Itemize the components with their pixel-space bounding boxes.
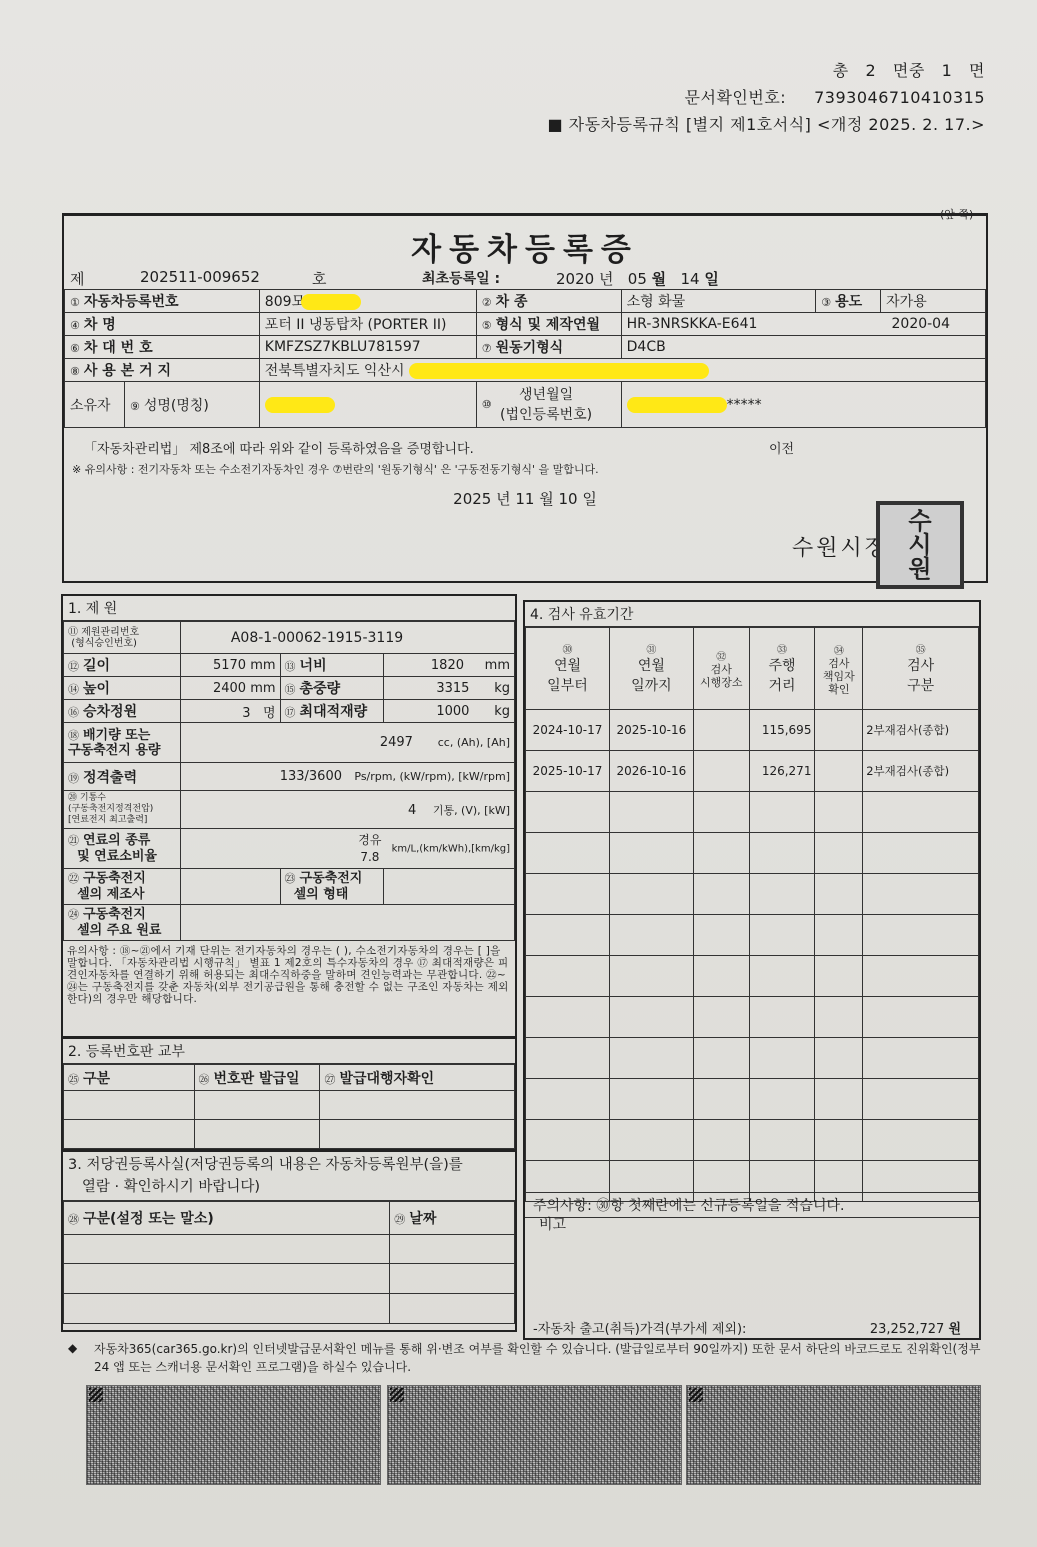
label-text: 날짜 bbox=[409, 1211, 436, 1227]
circle-num: ㉑ bbox=[68, 834, 79, 847]
inspection-cell bbox=[526, 956, 610, 997]
unit: 명 bbox=[263, 706, 276, 721]
fuel-label: ㉑연료의 종류 및 연료소비율 bbox=[64, 829, 181, 869]
cell bbox=[64, 1091, 195, 1120]
doc-confirm-number: 7393046710410315 bbox=[814, 88, 985, 107]
header-line-1: 검사 bbox=[817, 657, 860, 670]
cell bbox=[320, 1091, 515, 1120]
capacity-value: 3 명 bbox=[180, 700, 280, 723]
page-count: 총 2 면중 1 면 bbox=[833, 58, 985, 81]
inspection-row bbox=[526, 915, 979, 956]
inspection-cell bbox=[863, 874, 979, 915]
gross-weight-value: 3315 kg bbox=[384, 677, 515, 700]
inspection-title: 4. 검사 유효기간 bbox=[525, 602, 979, 627]
specs-title: 1. 제 원 bbox=[63, 596, 515, 621]
spec-row-length-width: ⑫길이 5170 mm ⑬너비 1820 mm bbox=[64, 654, 515, 677]
inspection-cell bbox=[693, 1038, 749, 1079]
inspection-row bbox=[526, 1079, 979, 1120]
inspection-cell bbox=[526, 1120, 610, 1161]
inspection-row bbox=[526, 956, 979, 997]
inspection-cell bbox=[749, 956, 815, 997]
circle-num: ㉗ bbox=[324, 1073, 335, 1086]
vehicle-info-table: ①자동차등록번호 809모 ②차 종 소형 화물 ③용도 자가용 ④차 명 포터… bbox=[64, 289, 986, 428]
label-text: 차 종 bbox=[496, 294, 528, 310]
price-value-line: 23,252,727 원 bbox=[870, 1318, 961, 1337]
power-label: ⑲정격출력 bbox=[64, 763, 181, 791]
day-unit: 일 bbox=[704, 270, 719, 288]
inspection-cell bbox=[815, 833, 863, 874]
label-text: 구분 bbox=[83, 1071, 110, 1087]
spec-row-power: ⑲정격출력 133/3600 Ps/rpm, (kW/rpm), [kW/rpm… bbox=[64, 763, 515, 791]
circle-num: ① bbox=[70, 296, 80, 309]
inspection-cell bbox=[609, 833, 693, 874]
masked-digits: ***** bbox=[727, 397, 762, 413]
plates-col-issue-date: ㉖번호판 발급일 bbox=[194, 1065, 320, 1091]
value-text: 2400 bbox=[213, 681, 246, 696]
model-value: HR-3NRSKKA-E6412020-04 bbox=[621, 313, 985, 336]
first-reg-date: 2020 년 05 월 14 일 bbox=[556, 268, 719, 289]
birth-label: ⑩ 생년월일 (법인등록번호) bbox=[476, 382, 621, 428]
use-value: 자가용 bbox=[881, 290, 986, 313]
inspection-cell bbox=[863, 956, 979, 997]
header-line-2: 구분 bbox=[865, 676, 976, 696]
cell bbox=[64, 1235, 390, 1264]
inspection-cell bbox=[815, 915, 863, 956]
mortgage-table: ㉘구분(설정 또는 말소) ㉙날짜 bbox=[63, 1201, 515, 1324]
barcode-3 bbox=[686, 1385, 981, 1485]
gross-weight-label: ⑮총중량 bbox=[280, 677, 384, 700]
barcode-2 bbox=[387, 1385, 682, 1485]
inspection-header-row: ㉚연월일부터㉛연월일까지㉜검사시행장소㉝주행거리㉞검사책임자확인㉟검사구분 bbox=[526, 628, 979, 710]
unit: mm bbox=[485, 658, 510, 673]
label-line-2: 셀의 제조사 bbox=[77, 887, 144, 902]
cell bbox=[390, 1235, 515, 1264]
battery-form-value bbox=[384, 869, 515, 905]
vehicle-type-value: 소형 화물 bbox=[621, 290, 816, 313]
spec-row-cylinders: ⑳ 기통수(구동축전지정격전압)[연료전지 최고출력] 4 기통, (V), [… bbox=[64, 791, 515, 829]
mortgage-col-date: ㉙날짜 bbox=[390, 1202, 515, 1235]
spec-row-displacement: ⑱배기량 또는구동축전지 용량 2497 cc, (Ah), [Ah] bbox=[64, 723, 515, 763]
label-line-2: 셀의 형태 bbox=[294, 887, 349, 902]
inspection-cell bbox=[693, 915, 749, 956]
value-text: 3 bbox=[242, 706, 250, 721]
inspection-cell bbox=[815, 1038, 863, 1079]
model-code: HR-3NRSKKA-E641 bbox=[627, 316, 758, 332]
label-line-1: 배기량 또는 bbox=[83, 728, 150, 743]
inspection-cell bbox=[526, 915, 610, 956]
engine-label: ⑦원동기형식 bbox=[476, 336, 621, 359]
title-line-2: 열람 · 확인하시기 바랍니다) bbox=[82, 1179, 260, 1195]
inspection-cell bbox=[693, 997, 749, 1038]
cell bbox=[194, 1120, 320, 1149]
unit: Ps/rpm, (kW/rpm), [kW/rpm] bbox=[354, 770, 510, 783]
label-line-1: 연료의 종류 bbox=[83, 833, 150, 848]
length-label: ⑫길이 bbox=[64, 654, 181, 677]
circle-num: ⑧ bbox=[70, 365, 80, 378]
circle-num: ⑲ bbox=[68, 772, 79, 785]
inspection-cell bbox=[749, 997, 815, 1038]
mortgage-header-row: ㉘구분(설정 또는 말소) ㉙날짜 bbox=[64, 1202, 515, 1235]
value-text: 5170 bbox=[213, 658, 246, 673]
circle-num: ㉖ bbox=[199, 1073, 210, 1086]
label-text: 구분(설정 또는 말소) bbox=[83, 1211, 214, 1227]
label-line-3: [연료전지 최고출력] bbox=[68, 815, 147, 825]
redaction-mark bbox=[409, 363, 709, 379]
remarks-label: 비고 bbox=[539, 1214, 566, 1234]
value-text: 2497 bbox=[380, 735, 413, 750]
label-text: 번호판 발급일 bbox=[214, 1071, 300, 1087]
inspection-cell bbox=[609, 1120, 693, 1161]
ev-notice: ※ 유의사항 : 전기자동차 또는 수소전기자동차인 경우 ⑦번란의 '원동기형… bbox=[72, 461, 599, 477]
inspection-cell bbox=[749, 874, 815, 915]
label-text: 성명(명칭) bbox=[144, 398, 209, 414]
circle-num: ⑬ bbox=[285, 660, 296, 673]
inspection-cell bbox=[815, 792, 863, 833]
length-value: 5170 mm bbox=[180, 654, 280, 677]
circle-num: ④ bbox=[70, 319, 80, 332]
label-line-1: 구동축전지 bbox=[83, 871, 146, 886]
battery-material-label: ㉔구동축전지 셀의 주요 원료 bbox=[64, 905, 181, 941]
circle-num: ⑦ bbox=[482, 342, 492, 355]
inspection-cell: 2부재검사(종합) bbox=[863, 751, 979, 792]
redaction-mark bbox=[265, 397, 335, 413]
header-line-1: 검사 bbox=[696, 663, 747, 676]
spec-row-battery: ㉒구동축전지 셀의 제조사 ㉓구동축전지 셀의 형태 bbox=[64, 869, 515, 905]
issuer-name: 수원시장 bbox=[792, 531, 889, 562]
value-text: 4 bbox=[408, 803, 416, 818]
header-line-1: 주행 bbox=[752, 656, 813, 676]
width-value: 1820 mm bbox=[384, 654, 515, 677]
label-text: 용도 bbox=[835, 294, 862, 310]
label-text: 차 명 bbox=[84, 317, 116, 333]
circle-num: ⑫ bbox=[68, 660, 79, 673]
inspection-cell bbox=[749, 833, 815, 874]
inspection-cell bbox=[609, 1038, 693, 1079]
inspection-cell bbox=[863, 792, 979, 833]
registration-certificate-page: 총 2 면중 1 면 문서확인번호: 7393046710410315 ■ 자동… bbox=[0, 0, 1037, 1547]
inspection-cell bbox=[609, 915, 693, 956]
circle-num: ㉔ bbox=[68, 908, 79, 921]
plates-header-row: ㉕구분 ㉖번호판 발급일 ㉗발급대행자확인 bbox=[64, 1065, 515, 1091]
cert-no-suffix: 호 bbox=[312, 268, 327, 289]
battery-maker-label: ㉒구동축전지 셀의 제조사 bbox=[64, 869, 181, 905]
official-seal-icon: 수 시 원 장 bbox=[876, 501, 964, 589]
month-unit: 월 bbox=[652, 270, 667, 288]
inspection-cell bbox=[815, 997, 863, 1038]
inspection-row bbox=[526, 1038, 979, 1079]
inspection-cell bbox=[815, 1079, 863, 1120]
price-value: 23,252,727 bbox=[870, 1322, 944, 1337]
price-label: -자동차 출고(취득)가격(부가세 제외): bbox=[533, 1318, 746, 1337]
label-text: 최대적재량 bbox=[300, 704, 368, 720]
unit: 기통, (V), [kW] bbox=[433, 804, 510, 817]
row-vin: ⑥차 대 번 호 KMFZSZ7KBLU781597 ⑦원동기형식 D4CB bbox=[65, 336, 986, 359]
fuel-type: 경유 bbox=[358, 832, 381, 849]
spec-row-mgmt: ⑪ 제원관리번호 (형식승인번호) A08-1-00062-1915-3119 bbox=[64, 622, 515, 654]
inspection-cell bbox=[749, 1038, 815, 1079]
unit: kg bbox=[494, 681, 510, 696]
year-unit: 년 bbox=[599, 270, 614, 288]
circle-num: ⑤ bbox=[482, 319, 492, 332]
inspection-notice: 주의사항: ㉚항 첫째란에는 신규등록일을 적습니다. bbox=[525, 1192, 979, 1218]
capacity-label: ⑯승차정원 bbox=[64, 700, 181, 723]
mgmt-no-value: A08-1-00062-1915-3119 bbox=[180, 622, 514, 654]
row-reg-no: ①자동차등록번호 809모 ②차 종 소형 화물 ③용도 자가용 bbox=[65, 290, 986, 313]
inspection-col-header: ㉛연월일까지 bbox=[609, 628, 693, 710]
circle-num: ⑨ bbox=[130, 400, 140, 413]
owner-name-label: ⑨성명(명칭) bbox=[124, 382, 259, 428]
plates-section: 2. 등록번호판 교부 ㉕구분 ㉖번호판 발급일 ㉗발급대행자확인 bbox=[61, 1038, 517, 1151]
owner-name-value bbox=[259, 382, 476, 428]
inspection-cell: 115,695 bbox=[749, 710, 815, 751]
seal-char: 시 bbox=[901, 533, 939, 557]
inspection-cell bbox=[863, 1120, 979, 1161]
inspection-cell bbox=[526, 997, 610, 1038]
inspection-cell bbox=[693, 1079, 749, 1120]
redaction-mark bbox=[301, 294, 361, 310]
value-text: 1820 bbox=[431, 658, 464, 673]
diamond-bullet-icon: ◆ bbox=[68, 1341, 77, 1355]
circle-num: ② bbox=[482, 296, 492, 309]
label-text: 차 대 번 호 bbox=[84, 340, 153, 356]
inspection-section: 4. 검사 유효기간 ㉚연월일부터㉛연월일까지㉜검사시행장소㉝주행거리㉞검사책임… bbox=[523, 600, 981, 1340]
circle-num: ㉙ bbox=[394, 1213, 405, 1226]
vehicle-type-label: ②차 종 bbox=[476, 290, 621, 313]
inspection-col-header: ㉞검사책임자확인 bbox=[815, 628, 863, 710]
circle-num: ⑳ bbox=[68, 793, 77, 803]
height-value: 2400 mm bbox=[180, 677, 280, 700]
car-name-label: ④차 명 bbox=[65, 313, 260, 336]
mortgage-row bbox=[64, 1294, 515, 1324]
label-text: 발급대행자확인 bbox=[339, 1071, 434, 1087]
inspection-body: 2024-10-172025-10-16115,6952부재검사(종합)2025… bbox=[526, 710, 979, 1202]
inspection-cell bbox=[693, 710, 749, 751]
inspection-cell bbox=[693, 751, 749, 792]
inspection-cell bbox=[749, 792, 815, 833]
cell bbox=[64, 1120, 195, 1149]
max-load-label: ⑰최대적재량 bbox=[280, 700, 384, 723]
inspection-col-header: ㉜검사시행장소 bbox=[693, 628, 749, 710]
reg-no-label: ①자동차등록번호 bbox=[65, 290, 260, 313]
plates-title: 2. 등록번호판 교부 bbox=[63, 1039, 515, 1064]
issue-date: 2025 년 11 월 10 일 bbox=[64, 488, 986, 509]
plates-col-type: ㉕구분 bbox=[64, 1065, 195, 1091]
cert-no-prefix: 제 bbox=[70, 268, 85, 289]
fuel-value: 경유7.8 km/L,(km/kWh),[km/kg] bbox=[180, 829, 514, 869]
width-label: ⑬너비 bbox=[280, 654, 384, 677]
inspection-cell bbox=[609, 997, 693, 1038]
first-reg-year: 2020 bbox=[556, 270, 594, 288]
label-text: 정격출력 bbox=[83, 770, 137, 786]
spec-row-battery-material: ㉔구동축전지 셀의 주요 원료 bbox=[64, 905, 515, 941]
cell bbox=[194, 1091, 320, 1120]
barcode-1 bbox=[86, 1385, 381, 1485]
seal-char: 수 bbox=[901, 509, 939, 533]
mortgage-row bbox=[64, 1264, 515, 1294]
row-address: ⑧사 용 본 거 지 전북특별자치도 익산시 bbox=[65, 359, 986, 382]
spec-row-fuel: ㉑연료의 종류 및 연료소비율 경유7.8 km/L,(km/kWh),[km/… bbox=[64, 829, 515, 869]
header-line-1: 연월 bbox=[612, 656, 691, 676]
inspection-cell bbox=[693, 833, 749, 874]
inspection-cell: 2부재검사(종합) bbox=[863, 710, 979, 751]
circle-num: ⑱ bbox=[68, 729, 79, 742]
unit: mm bbox=[250, 658, 275, 673]
price-unit: 원 bbox=[948, 1322, 961, 1337]
battery-material-value bbox=[180, 905, 514, 941]
unit: cc, (Ah), [Ah] bbox=[438, 736, 510, 749]
circle-num: ⑯ bbox=[68, 706, 79, 719]
engine-value: D4CB bbox=[621, 336, 985, 359]
circle-num: ㉚ bbox=[528, 641, 607, 656]
circle-num: ㉜ bbox=[696, 648, 747, 663]
cylinders-value: 4 기통, (V), [kW] bbox=[180, 791, 514, 829]
inspection-cell bbox=[526, 792, 610, 833]
mortgage-title: 3. 저당권등록사실(저당권등록의 내용은 자동차등록원부(을)를 열람 · 확… bbox=[63, 1152, 515, 1201]
cell bbox=[64, 1294, 390, 1324]
header-line-2: 책임자 bbox=[817, 670, 860, 683]
circle-num: ㉞ bbox=[817, 642, 860, 657]
plates-row bbox=[64, 1120, 515, 1149]
transfer-label: 이전 bbox=[769, 438, 794, 457]
certification-statement: 「자동차관리법」 제8조에 따라 위와 같이 등록하였음을 증명합니다. bbox=[84, 438, 474, 457]
birth-value: ***** bbox=[621, 382, 985, 428]
label-line-2: (구동축전지정격전압) bbox=[68, 804, 153, 814]
address-value: 전북특별자치도 익산시 bbox=[259, 359, 985, 382]
redaction-mark bbox=[627, 397, 727, 413]
circle-num: ㉛ bbox=[612, 641, 691, 656]
inspection-row bbox=[526, 997, 979, 1038]
address-label: ⑧사 용 본 거 지 bbox=[65, 359, 260, 382]
value-text: 전북특별자치도 익산시 bbox=[265, 363, 405, 379]
vin-value: KMFZSZ7KBLU781597 bbox=[259, 336, 476, 359]
inspection-cell bbox=[863, 1079, 979, 1120]
unit: mm bbox=[250, 681, 275, 696]
circle-num: ⑰ bbox=[285, 706, 296, 719]
inspection-cell: 2025-10-17 bbox=[526, 751, 610, 792]
reg-no-value: 809모 bbox=[259, 290, 476, 313]
inspection-cell bbox=[749, 915, 815, 956]
mortgage-row bbox=[64, 1235, 515, 1264]
mgmt-no-label: ⑪ 제원관리번호 (형식승인번호) bbox=[64, 622, 181, 654]
label-line-1: 기통수 bbox=[80, 793, 106, 803]
header-line-2: 시행장소 bbox=[696, 676, 747, 689]
inspection-cell: 2025-10-16 bbox=[609, 710, 693, 751]
inspection-cell bbox=[526, 833, 610, 874]
inspection-cell bbox=[815, 1120, 863, 1161]
label-text: 자동차등록번호 bbox=[84, 294, 179, 310]
verification-footnote: 자동차365(car365.go.kr)의 인터넷발급문서확인 메뉴를 통해 위… bbox=[94, 1340, 984, 1376]
cylinders-label: ⑳ 기통수(구동축전지정격전압)[연료전지 최고출력] bbox=[64, 791, 181, 829]
max-load-value: 1000 kg bbox=[384, 700, 515, 723]
inspection-cell bbox=[609, 874, 693, 915]
label-line-1: 구동축전지 bbox=[83, 907, 146, 922]
circle-num: ㉟ bbox=[865, 641, 976, 656]
first-reg-label: 최초등록일 : bbox=[422, 268, 500, 288]
value-text: 133/3600 bbox=[280, 769, 342, 784]
inspection-cell bbox=[863, 833, 979, 874]
label-line-1: 제원관리번호 bbox=[81, 627, 139, 638]
circle-num: ⑭ bbox=[68, 683, 79, 696]
header-line-1: 검사 bbox=[865, 656, 976, 676]
inspection-cell bbox=[863, 915, 979, 956]
displacement-label: ⑱배기량 또는구동축전지 용량 bbox=[64, 723, 181, 763]
inspection-table: ㉚연월일부터㉛연월일까지㉜검사시행장소㉝주행거리㉞검사책임자확인㉟검사구분 20… bbox=[525, 627, 979, 1202]
inspection-cell bbox=[815, 710, 863, 751]
inspection-cell bbox=[609, 1079, 693, 1120]
specs-notice: 유의사항 : ⑱~㉑에서 기재 단위는 전기자동차의 경우는 ( ), 수소전기… bbox=[63, 941, 515, 1009]
doc-confirm-line: 문서확인번호: 7393046710410315 bbox=[685, 85, 985, 108]
inspection-cell bbox=[749, 1120, 815, 1161]
header-line-2: 일부터 bbox=[528, 676, 607, 696]
inspection-col-header: ㉝주행거리 bbox=[749, 628, 815, 710]
inspection-cell: 2026-10-16 bbox=[609, 751, 693, 792]
cell bbox=[64, 1264, 390, 1294]
car-name-value: 포터 II 냉동탑차 (PORTER II) bbox=[259, 313, 476, 336]
cell bbox=[390, 1264, 515, 1294]
inspection-row bbox=[526, 1120, 979, 1161]
use-label: ③용도 bbox=[816, 290, 881, 313]
inspection-cell: 2024-10-17 bbox=[526, 710, 610, 751]
cell bbox=[320, 1120, 515, 1149]
label-line-2: (형식승인번호) bbox=[71, 638, 137, 649]
unit: km/L,(km/kWh),[km/kg] bbox=[392, 843, 510, 854]
plates-table: ㉕구분 ㉖번호판 발급일 ㉗발급대행자확인 bbox=[63, 1064, 515, 1149]
inspection-col-header: ㉚연월일부터 bbox=[526, 628, 610, 710]
value-text: 3315 bbox=[436, 681, 469, 696]
owner-label: 소유자 bbox=[65, 382, 125, 428]
circle-num: ㉕ bbox=[68, 1073, 79, 1086]
model-label: ⑤형식 및 제작연월 bbox=[476, 313, 621, 336]
plates-row bbox=[64, 1091, 515, 1120]
spec-row-height-weight: ⑭높이 2400 mm ⑮총중량 3315 kg bbox=[64, 677, 515, 700]
value-text: 1000 bbox=[436, 704, 469, 719]
inspection-cell bbox=[863, 1038, 979, 1079]
circle-num: ⑥ bbox=[70, 342, 80, 355]
first-reg-day: 14 bbox=[680, 270, 699, 288]
specs-table: ⑪ 제원관리번호 (형식승인번호) A08-1-00062-1915-3119 … bbox=[63, 621, 515, 941]
label-line-2: 구동축전지 용량 bbox=[68, 743, 160, 758]
inspection-cell bbox=[609, 956, 693, 997]
circle-num: ㉓ bbox=[285, 872, 296, 885]
inspection-cell bbox=[693, 956, 749, 997]
inspection-cell: 126,271 bbox=[749, 751, 815, 792]
value-text: 809모 bbox=[265, 294, 305, 310]
mortgage-section: 3. 저당권등록사실(저당권등록의 내용은 자동차등록원부(을)를 열람 · 확… bbox=[61, 1151, 517, 1332]
circle-num: ㉝ bbox=[752, 641, 813, 656]
inspection-cell bbox=[693, 1120, 749, 1161]
inspection-row bbox=[526, 833, 979, 874]
first-reg-month: 05 bbox=[628, 270, 647, 288]
unit: kg bbox=[494, 704, 510, 719]
specs-section: 1. 제 원 ⑪ 제원관리번호 (형식승인번호) A08-1-00062-191… bbox=[61, 594, 517, 1038]
battery-form-label: ㉓구동축전지 셀의 형태 bbox=[280, 869, 384, 905]
inspection-cell bbox=[609, 792, 693, 833]
label-text: 형식 및 제작연월 bbox=[496, 317, 600, 333]
label-text: 원동기형식 bbox=[496, 340, 564, 356]
doc-confirm-label: 문서확인번호: bbox=[685, 88, 787, 107]
label-line-2: 및 연료소비율 bbox=[77, 849, 157, 864]
row-name: ④차 명 포터 II 냉동탑차 (PORTER II) ⑤형식 및 제작연월 H… bbox=[65, 313, 986, 336]
header-line-3: 확인 bbox=[817, 683, 860, 696]
displacement-value: 2497 cc, (Ah), [Ah] bbox=[180, 723, 514, 763]
label-text: 총중량 bbox=[300, 681, 341, 697]
inspection-cell bbox=[526, 1038, 610, 1079]
battery-maker-value bbox=[180, 869, 280, 905]
inspection-cell bbox=[526, 1079, 610, 1120]
plates-col-agent: ㉗발급대행자확인 bbox=[320, 1065, 515, 1091]
circle-num: ㉒ bbox=[68, 872, 79, 885]
inspection-cell bbox=[863, 997, 979, 1038]
